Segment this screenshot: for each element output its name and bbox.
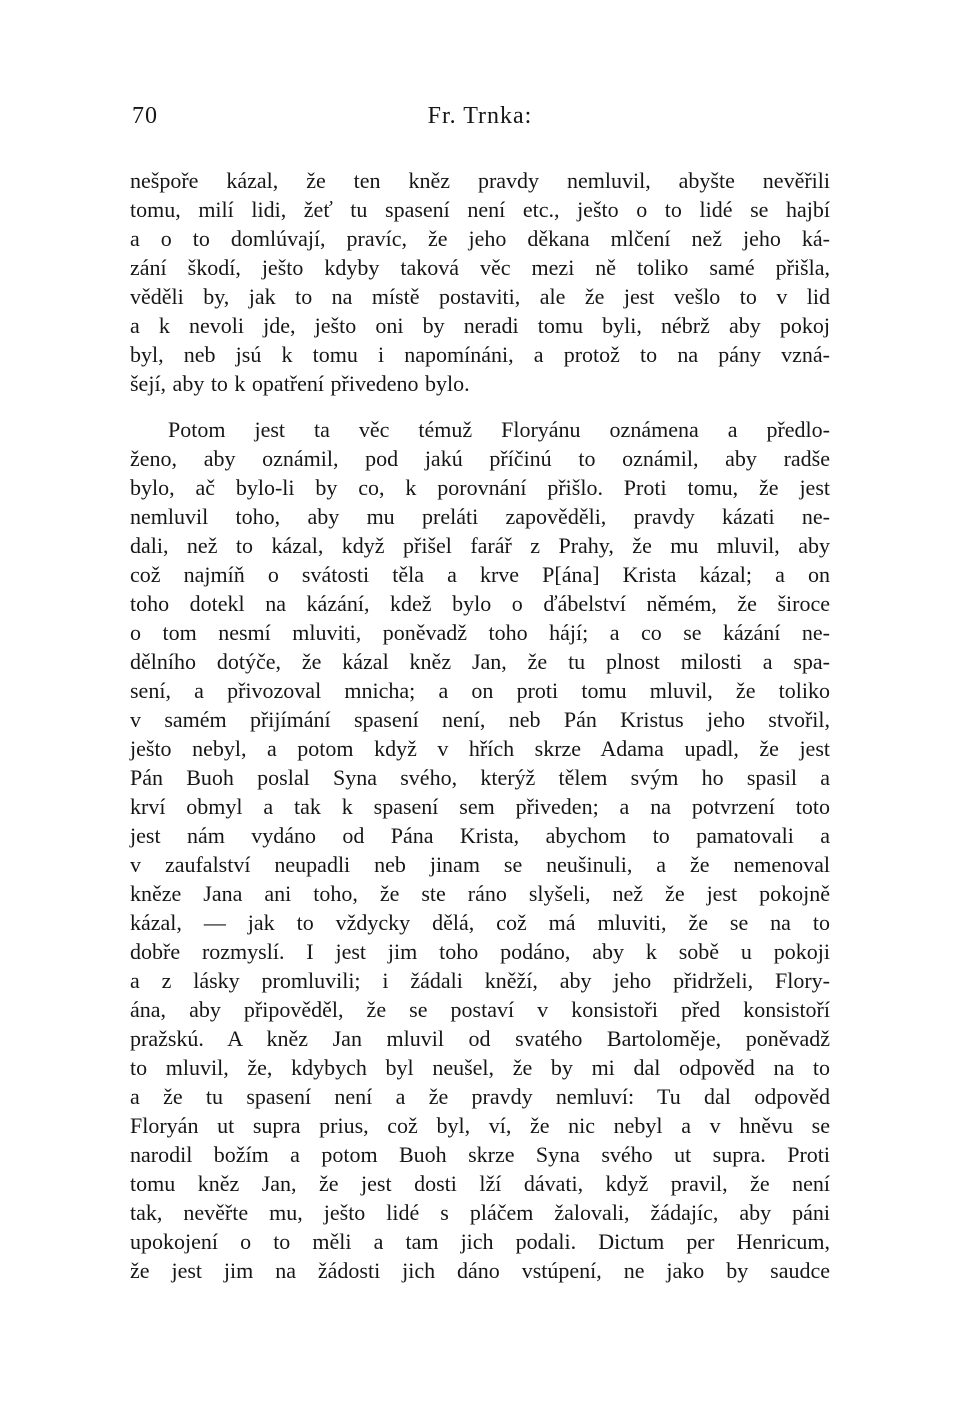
text-line: nešpoře kázal, že ten kněz pravdy nemluv…	[130, 166, 830, 195]
text-line: tomu, milí lidi, žeť tu spasení není etc…	[130, 195, 830, 224]
page-header: 70 Fr. Trnka:	[130, 100, 830, 132]
text-line: pražskú. A kněz Jan mluvil od svatého Ba…	[130, 1024, 830, 1053]
text-line: narodil božím a potom Buoh skrze Syna sv…	[130, 1140, 830, 1169]
text-line: a k nevoli jde, ješto oni by neradi tomu…	[130, 311, 830, 340]
text-line: sení, a přivozoval mnicha; a on proti to…	[130, 676, 830, 705]
text-line: což najmíň o svátosti těla a krve P[ána]…	[130, 560, 830, 589]
paragraph: nešpoře kázal, že ten kněz pravdy nemluv…	[130, 166, 830, 398]
text-line: šejí, aby to k opatření přivedeno bylo.	[130, 369, 830, 398]
text-line: zání škodí, ješto kdyby taková věc mezi …	[130, 253, 830, 282]
text-line: Potom jest ta věc témuž Floryánu oznámen…	[130, 415, 830, 444]
book-page: 70 Fr. Trnka: nešpoře kázal, že ten kněz…	[0, 0, 960, 1419]
text-line: ána, aby připověděl, že se postaví v kon…	[130, 995, 830, 1024]
text-line: toho dotekl na kázání, kdež bylo o ďábel…	[130, 589, 830, 618]
text-line: dali, než to kázal, když přišel farář z …	[130, 531, 830, 560]
text-line: že jest jim na žádosti jich dáno vstúpen…	[130, 1256, 830, 1285]
text-line: tak, nevěřte mu, ješto lidé s pláčem žal…	[130, 1198, 830, 1227]
text-line: Floryán ut supra prius, což byl, ví, že …	[130, 1111, 830, 1140]
text-line: a o to domlúvají, pravíc, že jeho děkana…	[130, 224, 830, 253]
text-line: bylo, ač bylo-li by co, k porovnání přiš…	[130, 473, 830, 502]
text-line: a že tu spasení není a že pravdy nemluví…	[130, 1082, 830, 1111]
text-line: jest nám vydáno od Pána Krista, abychom …	[130, 821, 830, 850]
text-line: byl, neb jsú k tomu i napomínáni, a prot…	[130, 340, 830, 369]
text-line: upokojení o to měli a tam jich podali. D…	[130, 1227, 830, 1256]
text-line: ženo, aby oznámil, pod jakú příčinú to o…	[130, 444, 830, 473]
text-line: tomu kněz Jan, že jest dosti lží dávati,…	[130, 1169, 830, 1198]
text-line: dělního dotýče, že kázal kněz Jan, že tu…	[130, 647, 830, 676]
text-line: kněze Jana ani toho, že ste ráno slyšeli…	[130, 879, 830, 908]
text-line: o tom nesmí mluviti, poněvadž toho hájí;…	[130, 618, 830, 647]
text-line: a z lásky promluvili; i žádali kněží, ab…	[130, 966, 830, 995]
text-line: v zaufalství neupadli neb jinam se neuši…	[130, 850, 830, 879]
text-line: ješto nebyl, a potom když v hřích skrze …	[130, 734, 830, 763]
text-line: krví obmyl a tak k spasení sem přiveden;…	[130, 792, 830, 821]
text-line: v samém přijímání spasení není, neb Pán …	[130, 705, 830, 734]
text-line: dobře rozmyslí. I jest jim toho podáno, …	[130, 937, 830, 966]
text-body: nešpoře kázal, že ten kněz pravdy nemluv…	[130, 166, 830, 1285]
running-title: Fr. Trnka:	[130, 100, 830, 132]
text-line: věděli by, jak to na místě postaviti, al…	[130, 282, 830, 311]
paragraph: Potom jest ta věc témuž Floryánu oznámen…	[130, 415, 830, 1285]
text-line: kázal, — jak to vždycky dělá, což má mlu…	[130, 908, 830, 937]
text-line: nemluvil toho, aby mu preláti zapověděli…	[130, 502, 830, 531]
text-line: Pán Buoh poslal Syna svého, kterýž tělem…	[130, 763, 830, 792]
text-line: to mluvil, že, kdybych byl neušel, že by…	[130, 1053, 830, 1082]
